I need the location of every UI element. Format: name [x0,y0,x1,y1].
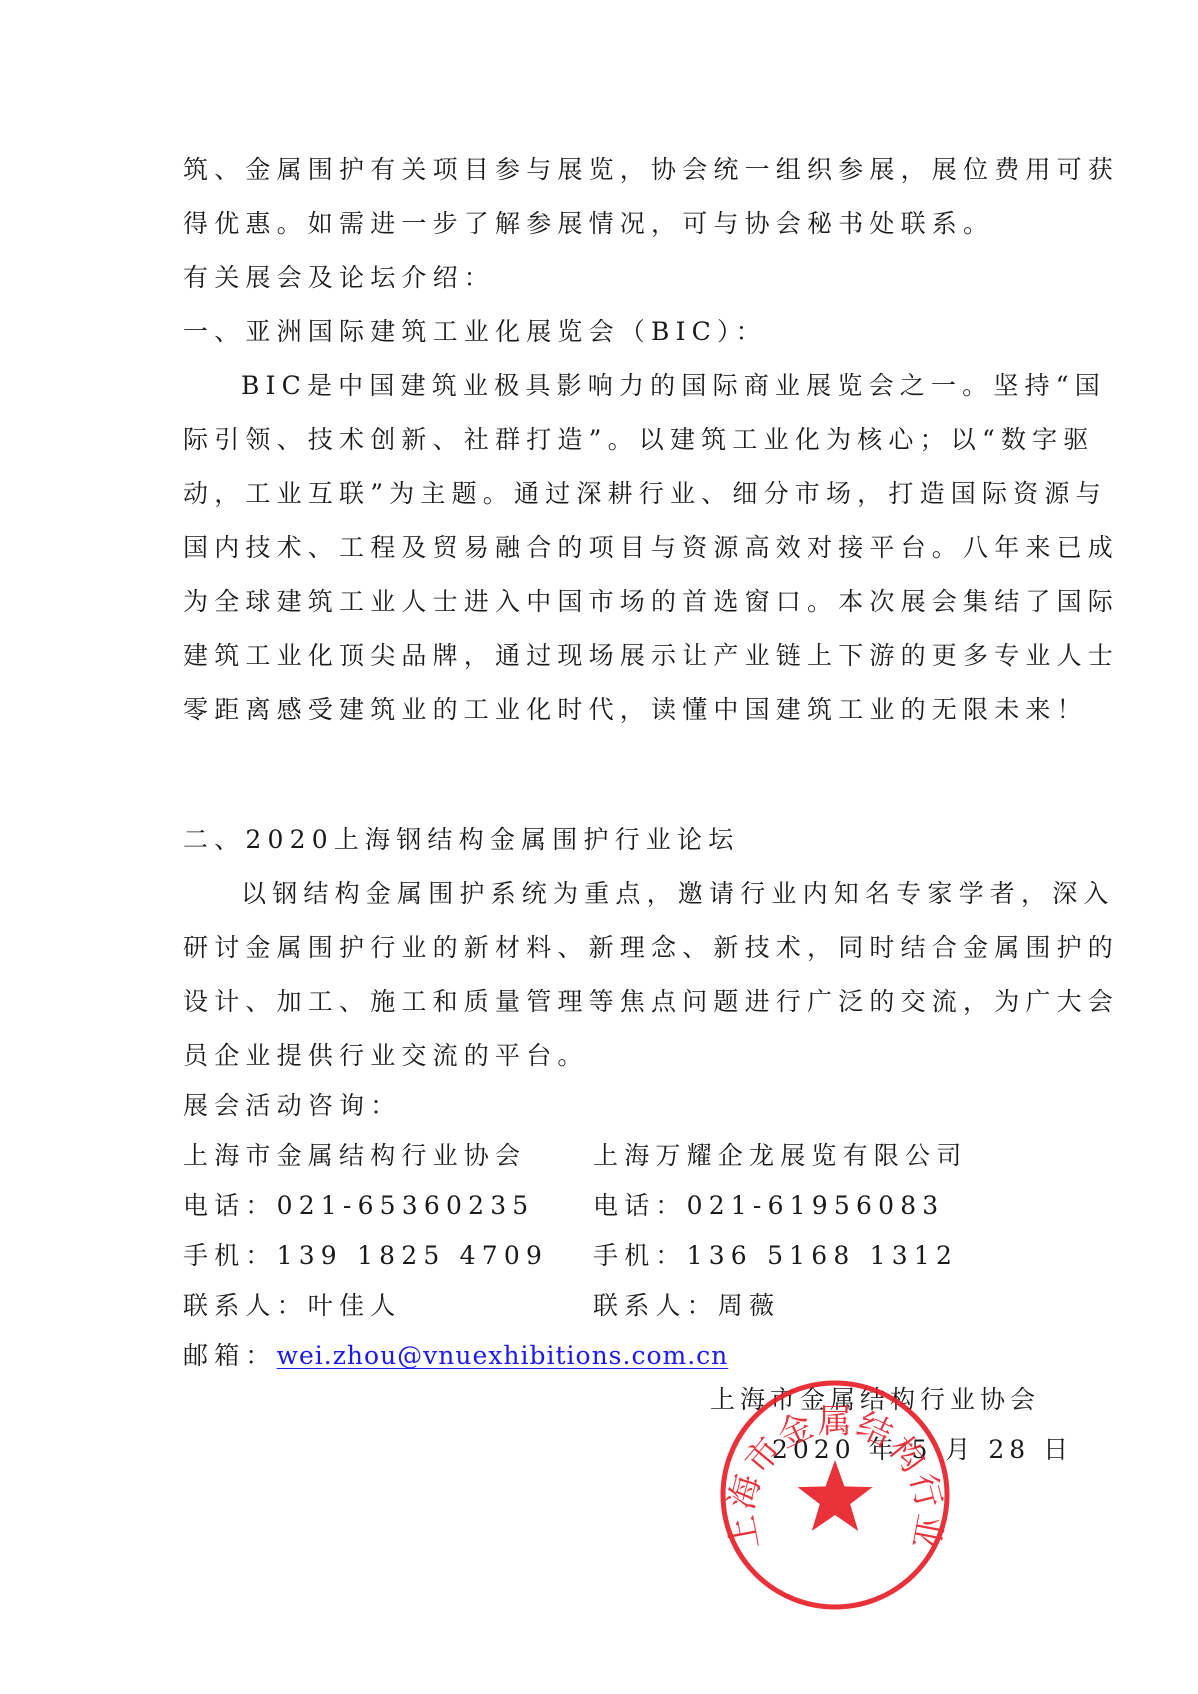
org2-phone: 电话：021-61956083 [593,1186,944,1226]
section1-line: 建筑工业化顶尖品牌，通过现场展示让产业链上下游的更多专业人士 [183,636,1119,676]
section1-heading: 一、亚洲国际建筑工业化展览会（BIC）： [183,312,767,352]
section1-line: 国内技术、工程及贸易融合的项目与资源高效对接平台。八年来已成 [183,528,1119,568]
email-link[interactable]: wei.zhou@vnuexhibitions.com.cn [277,1341,729,1370]
section2-line: 研讨金属围护行业的新材料、新理念、新技术，同时结合金属围护的 [183,928,1119,968]
org1-mobile: 手机：139 1825 4709 [183,1236,548,1276]
contact-heading: 展会活动咨询： [183,1086,401,1126]
section1-line: 际引领、技术创新、社群打造”。以建筑工业化为核心；以“数字驱 [183,420,1095,460]
email-label: 邮箱： [183,1341,277,1370]
section1-line: BIC是中国建筑业极具影响力的国际商业展览会之一。坚持“国 [241,366,1106,406]
section2-line: 设计、加工、施工和质量管理等焦点问题进行广泛的交流，为广大会 [183,982,1119,1022]
email-row: 邮箱：wei.zhou@vnuexhibitions.com.cn [183,1336,728,1376]
org2-contact-person: 联系人：周薇 [593,1286,780,1326]
org1-name: 上海市金属结构行业协会 [183,1136,526,1176]
official-seal: 上海市金属结构行业协会 [718,1378,952,1612]
org1-phone: 电话：021-65360235 [183,1186,534,1226]
org2-mobile: 手机：136 5168 1312 [593,1236,958,1276]
org2-name: 上海万耀企龙展览有限公司 [593,1136,967,1176]
section1-line: 零距离感受建筑业的工业化时代，读懂中国建筑工业的无限未来！ [183,690,1088,730]
section2-line: 以钢结构金属围护系统为重点，邀请行业内知名专家学者，深入 [241,874,1115,914]
section1-line: 动，工业互联”为主题。通过深耕行业、细分市场，打造国际资源与 [183,474,1107,514]
section1-line: 为全球建筑工业人士进入中国市场的首选窗口。本次展会集结了国际 [183,582,1119,622]
org1-contact-person: 联系人：叶佳人 [183,1286,401,1326]
intro-heading: 有关展会及论坛介绍： [183,258,495,298]
star-icon [798,1460,873,1531]
para-line: 得优惠。如需进一步了解参展情况，可与协会秘书处联系。 [183,204,994,244]
section2-heading: 二、2020上海钢结构金属围护行业论坛 [183,820,739,860]
para-line: 筑、金属围护有关项目参与展览，协会统一组织参展，展位费用可获 [183,150,1119,190]
section2-line: 员企业提供行业交流的平台。 [183,1036,589,1076]
